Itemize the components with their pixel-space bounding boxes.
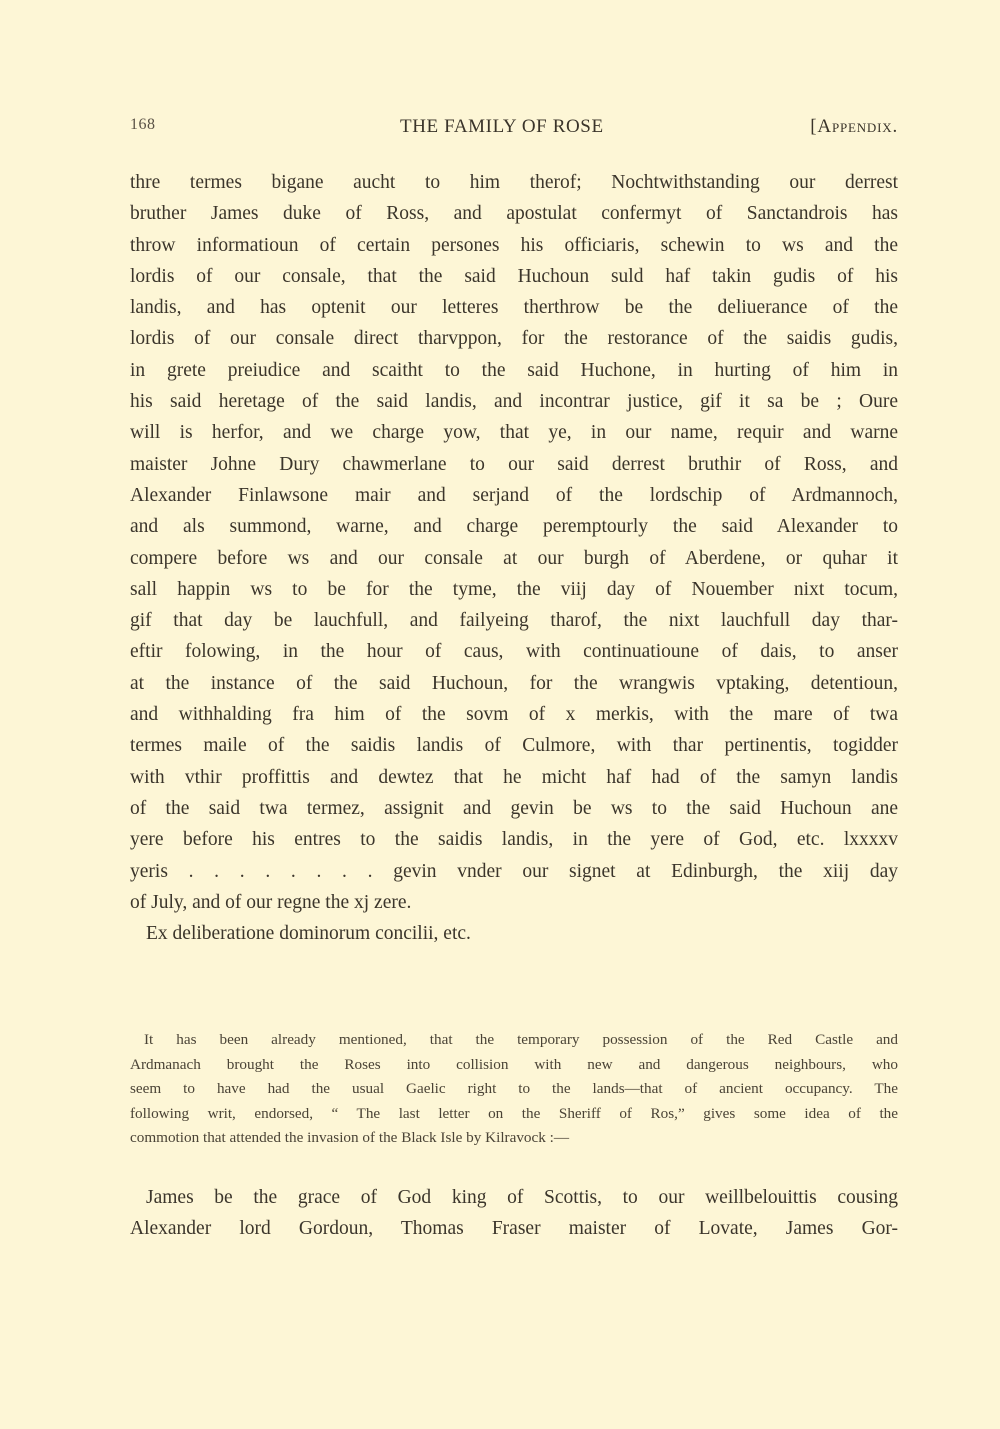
body-line-closing: Ex deliberatione dominorum concilii, etc… bbox=[130, 918, 898, 949]
note-line: It has been already mentioned, that the … bbox=[130, 1028, 898, 1053]
body-line: compere before ws and our consale at our… bbox=[130, 543, 898, 574]
document-body-text: thre termes bigane aucht to him therof; … bbox=[130, 167, 898, 949]
body-line: landis, and has optenit our letteres the… bbox=[130, 292, 898, 323]
body-line: at the instance of the said Huchoun, for… bbox=[130, 668, 898, 699]
note-line: Ardmanach brought the Roses into collisi… bbox=[130, 1053, 898, 1078]
body-line: eftir folowing, in the hour of caus, wit… bbox=[130, 636, 898, 667]
body-line: with vthir proffittis and dewtez that he… bbox=[130, 762, 898, 793]
body-line: thre termes bigane aucht to him therof; … bbox=[130, 167, 898, 198]
body-line: yeris . . . . . . . . gevin vnder our si… bbox=[130, 856, 898, 887]
body-line: and withhalding fra him of the sovm of x… bbox=[130, 699, 898, 730]
note-line: seem to have had the usual Gaelic right … bbox=[130, 1077, 898, 1102]
running-title: THE FAMILY OF ROSE bbox=[400, 116, 604, 138]
body-line: Alexander Finlawsone mair and serjand of… bbox=[130, 480, 898, 511]
body-line: yere before his entres to the saidis lan… bbox=[130, 824, 898, 855]
body-line: maister Johne Dury chawmerlane to our sa… bbox=[130, 449, 898, 480]
body-line: gif that day be lauchfull, and failyeing… bbox=[130, 605, 898, 636]
body-line: bruther James duke of Ross, and apostula… bbox=[130, 198, 898, 229]
body-line: lordis of our consale direct tharvppon, … bbox=[130, 323, 898, 354]
note-line: following writ, endorsed, “ The last let… bbox=[130, 1102, 898, 1127]
running-head: 168 THE FAMILY OF ROSE [Appendix. bbox=[130, 116, 898, 142]
body-line: throw informatioun of certain persones h… bbox=[130, 230, 898, 261]
body-line: his said heretage of the said landis, an… bbox=[130, 386, 898, 417]
body-line: lordis of our consale, that the said Huc… bbox=[130, 261, 898, 292]
body-line: in grete preiudice and scaitht to the sa… bbox=[130, 355, 898, 386]
letter-line: James be the grace of God king of Scotti… bbox=[130, 1182, 898, 1213]
page-number: 168 bbox=[130, 116, 156, 134]
editorial-note: It has been already mentioned, that the … bbox=[130, 1028, 898, 1151]
note-line: commotion that attended the invasion of … bbox=[130, 1126, 898, 1151]
letter-line: Alexander lord Gordoun, Thomas Fraser ma… bbox=[130, 1213, 898, 1244]
body-line: and als summond, warne, and charge perem… bbox=[130, 511, 898, 542]
body-line: termes maile of the saidis landis of Cul… bbox=[130, 730, 898, 761]
running-section: [Appendix. bbox=[810, 116, 898, 138]
body-line: sall happin ws to be for the tyme, the v… bbox=[130, 574, 898, 605]
body-line: of the said twa termez, assignit and gev… bbox=[130, 793, 898, 824]
body-line: of July, and of our regne the xj zere. bbox=[130, 887, 898, 918]
body-line: will is herfor, and we charge yow, that … bbox=[130, 417, 898, 448]
letter-text: James be the grace of God king of Scotti… bbox=[130, 1182, 898, 1245]
